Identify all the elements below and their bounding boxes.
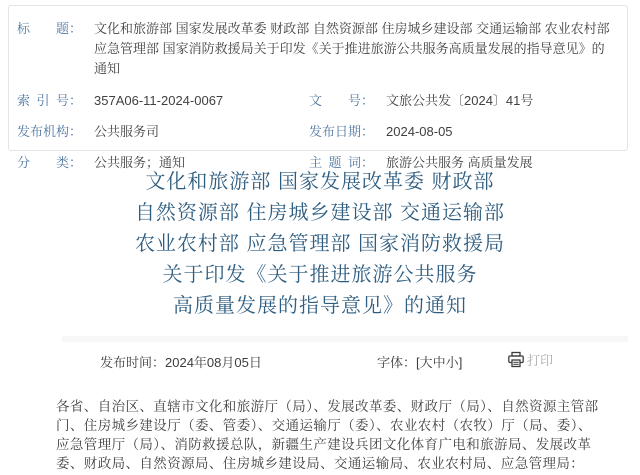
document-title-line-4: 关于印发《关于推进旅游公共服务	[0, 260, 640, 291]
font-size-large-button[interactable]: 大	[420, 355, 433, 370]
doc-number-label: 文号	[309, 92, 361, 110]
index-number-value: 357A06-11-2024-0067	[94, 92, 223, 110]
pub-date-value: 2024-08-05	[386, 123, 453, 141]
print-button-label: 打印	[527, 350, 553, 369]
font-size-medium-button[interactable]: 中	[433, 355, 446, 370]
index-colon: ：	[69, 92, 82, 110]
agency-field: 发布机构 ： 公共服务司	[17, 123, 309, 141]
font-size-bracket-close: ]	[459, 355, 463, 370]
meta-row-2: 索引号 ： 357A06-11-2024-0067 文号 ： 文旅公共发〔202…	[17, 92, 613, 110]
publish-time: 发布时间：2024年08月05日	[100, 352, 262, 371]
font-size-label: 字体：	[377, 355, 416, 370]
body-paragraph: 各省、自治区、直辖市文化和旅游厅（局）、发展改革委、财政厅（局）、自然资源主管部…	[56, 397, 604, 473]
title-label: 标题	[17, 19, 69, 39]
index-number-label: 索引号	[17, 92, 69, 110]
print-button[interactable]: 打印	[507, 350, 553, 369]
document-title-line-5: 高质量发展的指导意见》的通知	[0, 291, 640, 322]
title-colon: ：	[69, 19, 82, 39]
pub-date-colon: ：	[361, 123, 374, 141]
doc-number-value: 文旅公共发〔2024〕41号	[386, 92, 533, 110]
publish-time-value: 2024年08月05日	[165, 355, 262, 370]
doc-number-colon: ：	[361, 92, 374, 110]
pub-date-label: 发布日期	[309, 123, 361, 141]
font-size-small-button[interactable]: 小	[446, 355, 459, 370]
printer-icon	[507, 351, 525, 369]
document-title-line-3: 农业农村部 应急管理部 国家消防救援局	[0, 229, 640, 260]
pub-date-field: 发布日期 ： 2024-08-05	[309, 123, 613, 141]
font-size-control: 字体：[大中小]	[377, 352, 462, 371]
meta-row-title: 标题 ： 文化和旅游部 国家发展改革委 财政部 自然资源部 住房城乡建设部 交通…	[17, 19, 613, 79]
document-title-line-2: 自然资源部 住房城乡建设部 交通运输部	[0, 198, 640, 229]
agency-label: 发布机构	[17, 123, 69, 141]
doc-number-field: 文号 ： 文旅公共发〔2024〕41号	[309, 92, 613, 110]
section-divider	[62, 336, 628, 342]
document-title: 文化和旅游部 国家发展改革委 财政部 自然资源部 住房城乡建设部 交通运输部 农…	[0, 167, 640, 322]
publish-time-label: 发布时间：	[100, 355, 165, 370]
document-title-line-1: 文化和旅游部 国家发展改革委 财政部	[0, 167, 640, 198]
metadata-box: 标题 ： 文化和旅游部 国家发展改革委 财政部 自然资源部 住房城乡建设部 交通…	[8, 5, 628, 151]
index-number-field: 索引号 ： 357A06-11-2024-0067	[17, 92, 309, 110]
article-toolbar: 发布时间：2024年08月05日 字体：[大中小] 打印	[0, 352, 640, 374]
agency-value: 公共服务司	[94, 123, 159, 141]
meta-row-3: 发布机构 ： 公共服务司 发布日期 ： 2024-08-05	[17, 123, 613, 141]
title-value: 文化和旅游部 国家发展改革委 财政部 自然资源部 住房城乡建设部 交通运输部 农…	[94, 19, 613, 79]
document-page: 标题 ： 文化和旅游部 国家发展改革委 财政部 自然资源部 住房城乡建设部 交通…	[0, 0, 640, 475]
agency-colon: ：	[69, 123, 82, 141]
